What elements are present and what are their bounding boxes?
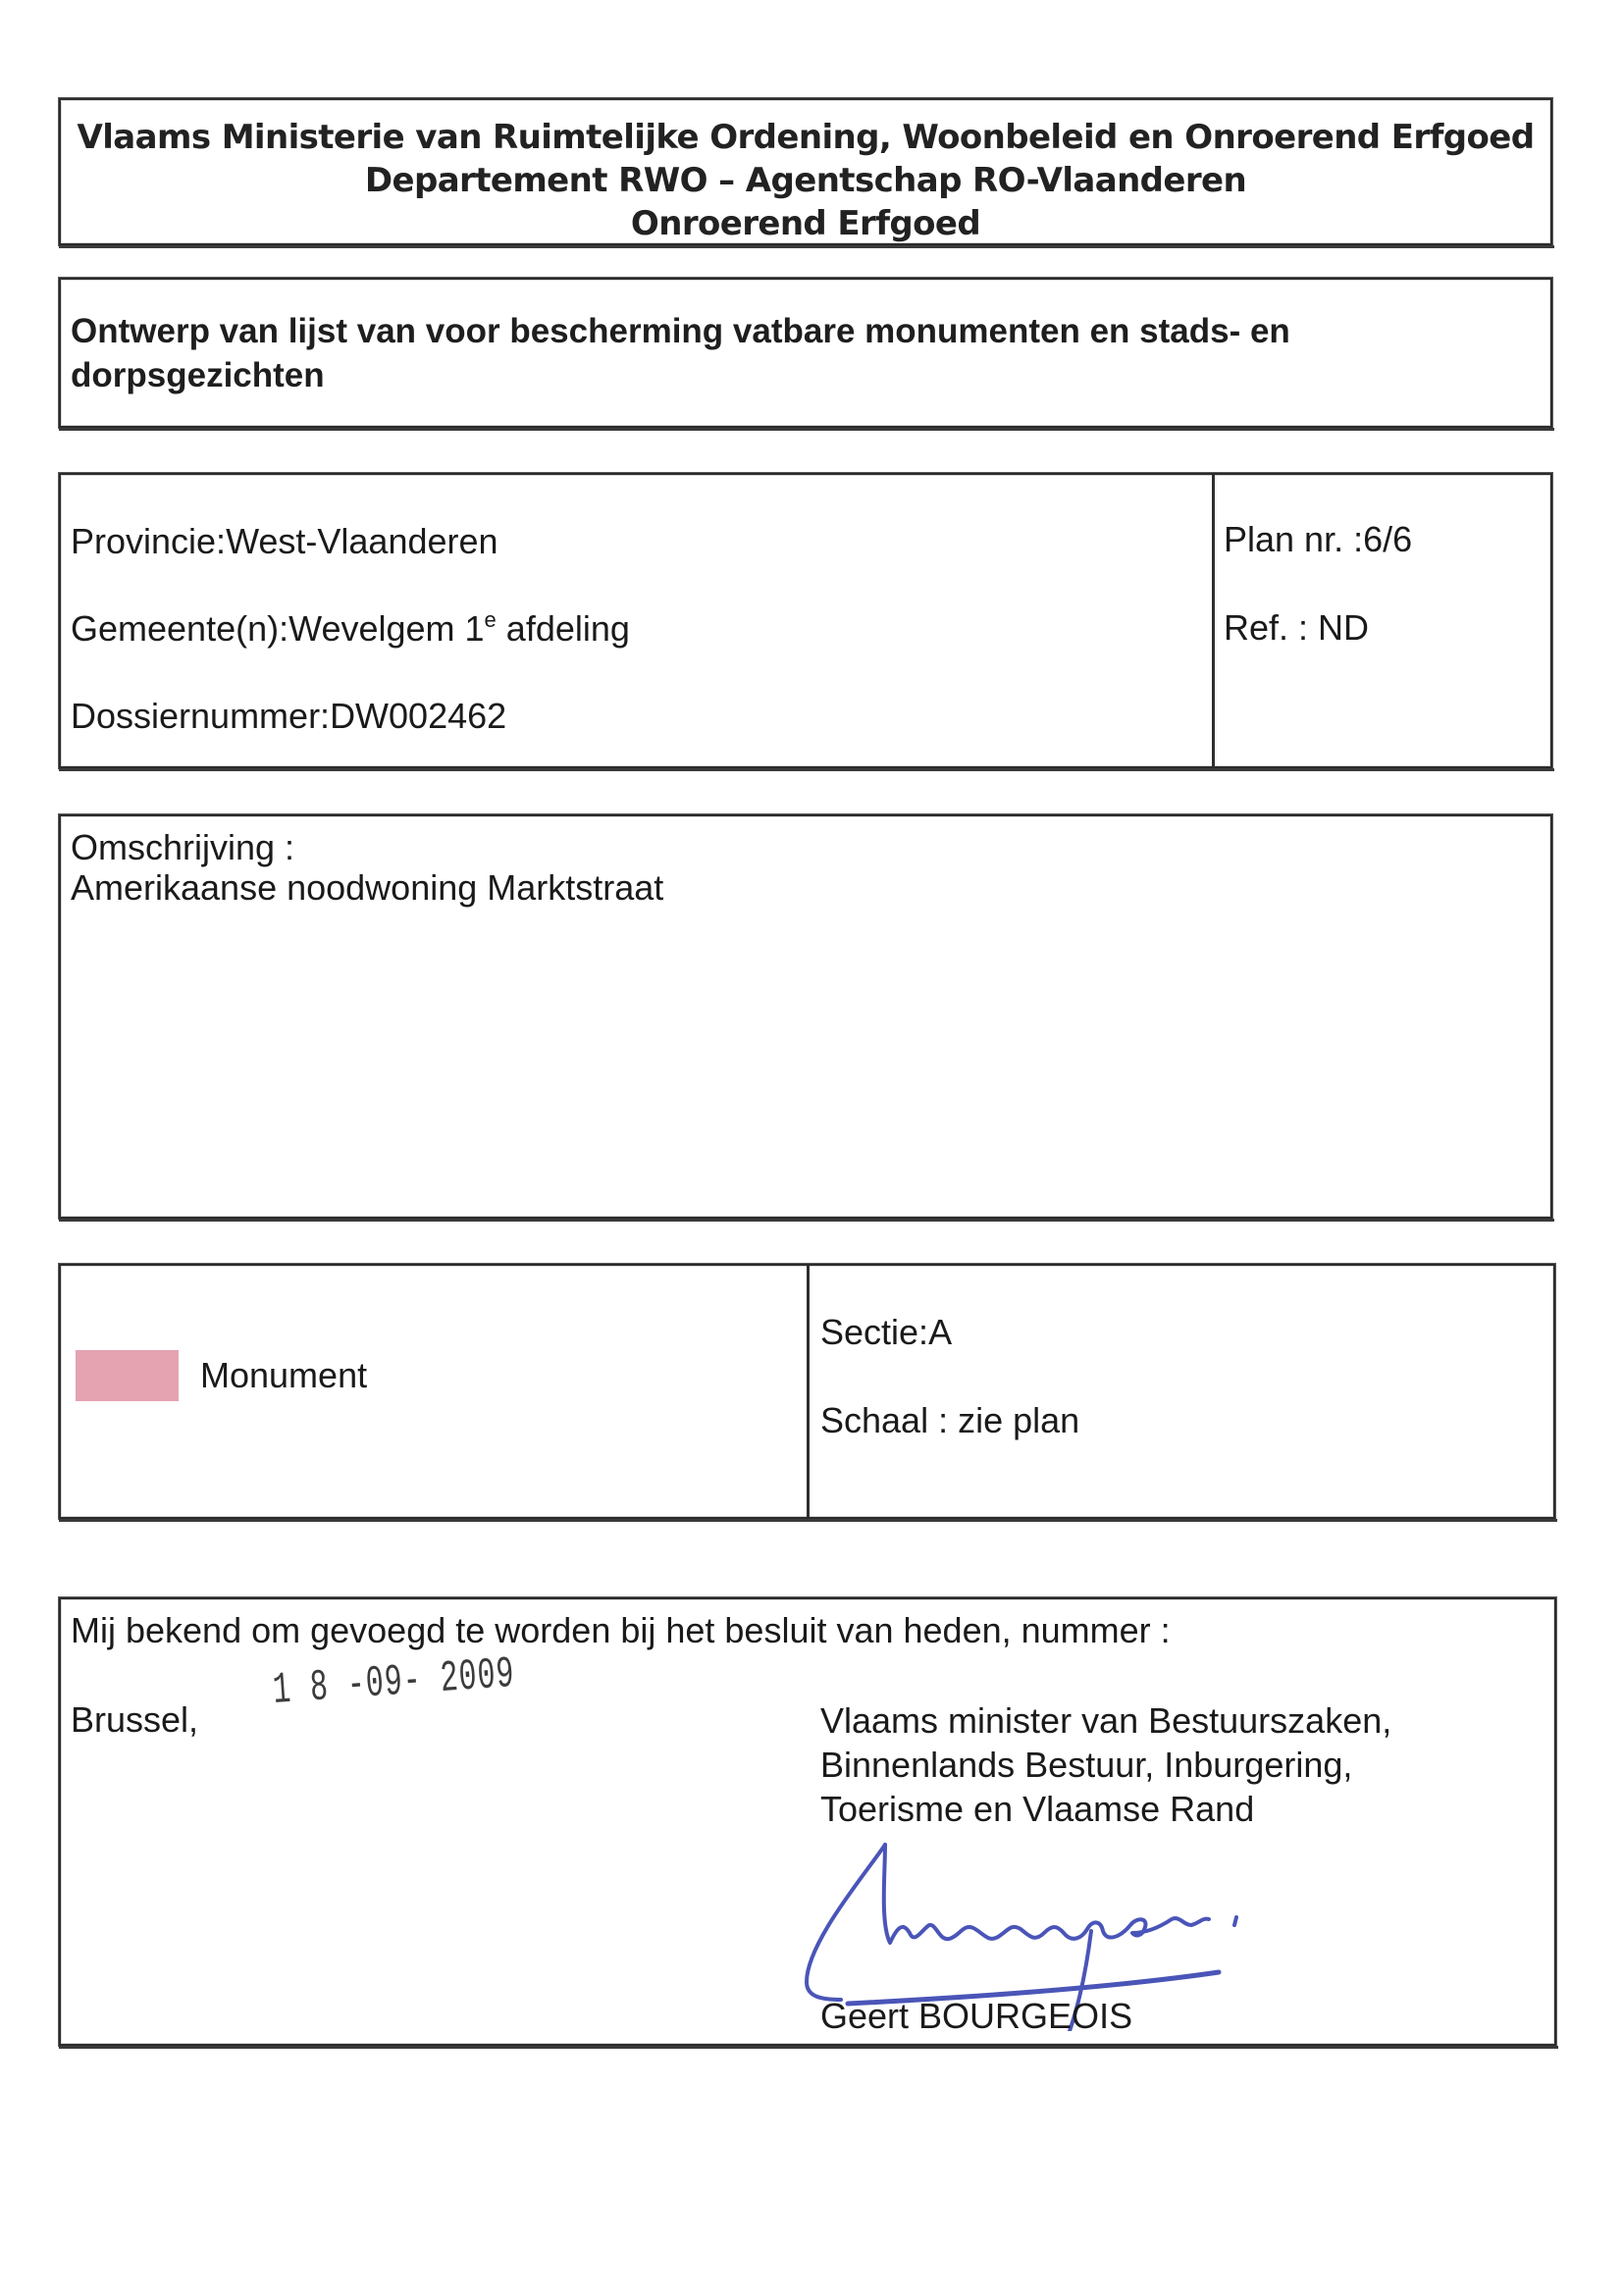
monument-color-swatch	[76, 1350, 179, 1401]
minister-title-line-3: Toerisme en Vlaamse Rand	[820, 1790, 1254, 1829]
minister-title-line-1: Vlaams minister van Bestuurszaken,	[820, 1701, 1391, 1741]
schaal-field: Schaal : zie plan	[820, 1401, 1079, 1440]
legend-label-monument: Monument	[200, 1356, 367, 1395]
sectie-value: A	[928, 1312, 952, 1352]
gemeente-field: Gemeente(n):Wevelgem 1e afdeling	[71, 609, 630, 649]
ministry-header: Vlaams Ministerie van Ruimtelijke Ordeni…	[59, 98, 1552, 245]
schaal-value: zie plan	[958, 1400, 1079, 1440]
plan-label: Plan nr. :	[1224, 519, 1363, 559]
description-box: Omschrijving : Amerikaanse noodwoning Ma…	[59, 814, 1552, 1219]
document-title: Ontwerp van lijst van voor bescherming v…	[71, 309, 1433, 397]
dossier-value: DW002462	[330, 696, 506, 736]
ref-field: Ref. : ND	[1224, 608, 1369, 648]
ministry-name: Vlaams Ministerie van Ruimtelijke Ordeni…	[61, 116, 1550, 159]
sectie-label: Sectie:	[820, 1312, 928, 1352]
ref-label: Ref. :	[1224, 607, 1318, 648]
provincie-field: Provincie:West-Vlaanderen	[71, 522, 498, 561]
provincie-value: West-Vlaanderen	[226, 521, 498, 561]
department-name: Departement RWO – Agentschap RO-Vlaander…	[61, 159, 1550, 202]
info-box: Provincie:West-Vlaanderen Gemeente(n):We…	[59, 473, 1552, 768]
provincie-label: Provincie:	[71, 521, 226, 561]
description-label: Omschrijving :	[71, 828, 294, 867]
signature-box: Mij bekend om gevoegd te worden bij het …	[59, 1597, 1556, 2046]
info-column-divider	[1212, 475, 1215, 766]
document-title-box: Ontwerp van lijst van voor bescherming v…	[59, 278, 1552, 428]
gemeente-value: Wevelgem 1	[288, 608, 484, 649]
minister-title-line-2: Binnenlands Bestuur, Inburgering,	[820, 1746, 1352, 1785]
gemeente-label: Gemeente(n):	[71, 608, 288, 649]
gemeente-suffix: afdeling	[497, 608, 630, 649]
sectie-field: Sectie:A	[820, 1313, 952, 1352]
schaal-label: Schaal :	[820, 1400, 958, 1440]
gemeente-superscript: e	[485, 607, 497, 632]
dossier-field: Dossiernummer:DW002462	[71, 697, 506, 736]
approval-statement: Mij bekend om gevoegd te worden bij het …	[71, 1611, 1171, 1650]
ref-value: ND	[1318, 607, 1369, 648]
plan-value: 6/6	[1363, 519, 1412, 559]
signatory-name: Geert BOURGEOIS	[820, 1997, 1132, 2036]
legend-box: Monument Sectie:A Schaal : zie plan	[59, 1264, 1555, 1519]
description-value: Amerikaanse noodwoning Marktstraat	[71, 868, 663, 908]
place-label: Brussel,	[71, 1700, 198, 1740]
plan-field: Plan nr. :6/6	[1224, 520, 1412, 559]
date-stamp: 1 8 -09- 2009	[271, 1650, 516, 1717]
dossier-label: Dossiernummer:	[71, 696, 330, 736]
agency-name: Onroerend Erfgoed	[61, 202, 1550, 245]
legend-column-divider	[807, 1266, 810, 1517]
